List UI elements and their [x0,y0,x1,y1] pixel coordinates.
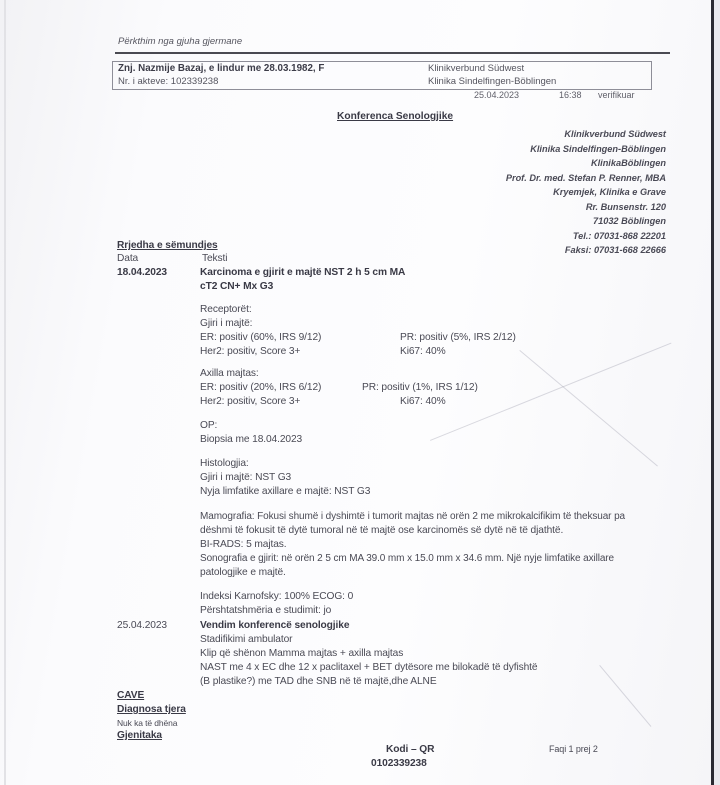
sonography-line: patologjike e majtë. [200,567,286,578]
address-line: 71032 Böblingen [506,214,666,229]
op-text: Biopsia me 18.04.2023 [200,434,302,445]
cave-heading: CAVE [117,690,144,701]
diagnosis-line: Karcinoma e gjirit e majtë NST 2 h 5 cm … [200,267,405,278]
left-breast-pr: PR: positiv (5%, IRS 2/12) [400,332,516,343]
diagnosis-staging: cT2 CN+ Mx G3 [200,281,273,292]
decision-line: NAST me 4 x EC dhe 12 x paclitaxel + BET… [200,662,537,673]
op-label: OP: [200,420,217,431]
header-rule [115,52,670,54]
report-time: 16:38 [559,90,582,100]
qr-code-label: Kodi – QR [386,744,434,755]
patient-name: Znj. Nazmije Bazaj, e lindur me 28.03.19… [118,63,324,74]
clinic-address-block: Klinikverbund Südwest Klinika Sindelfing… [506,127,666,258]
left-breast-label: Gjiri i majtë: [200,318,252,329]
qr-code-value: 0102339238 [371,758,427,769]
clinic-name: Klinika Sindelfingen-Böblingen [428,76,556,87]
other-diagnoses-heading: Diagnosa tjera [117,704,186,715]
decision-line: (B plastike?) me TAD dhe SNB në të majtë… [200,676,437,687]
address-line: Kryemjek, Klinika e Grave [506,185,666,200]
mammography-line: dëshmi të fokusit të dytë tumoral në të … [200,525,563,536]
address-line: Rr. Bunsenstr. 120 [506,200,666,215]
axilla-her2: Her2: positiv, Score 3+ [200,396,300,407]
translation-note: Përkthim nga gjuha gjermane [118,36,242,47]
birads: BI-RADS: 5 majtas. [200,539,287,550]
histology-label: Histologjia: [200,458,249,469]
axilla-label: Axilla majtas: [200,368,259,379]
other-diagnoses-text: Nuk ka të dhëna [117,718,177,728]
decision-title: Vendim konferencë senologjike [200,620,349,631]
study-suitability: Përshtatshmëria e studimit: jo [200,605,331,616]
clinic-group: Klinikverbund Südwest [428,63,524,74]
decision-line: Stadifikimi ambulator [200,634,292,645]
mammography-line: Mamografia: Fokusi shumë i dyshimtë i tu… [200,511,625,522]
address-line: Klinika Sindelfingen-Böblingen [506,142,666,157]
record-number: Nr. i akteve: 102339238 [118,76,218,87]
axilla-er: ER: positiv (20%, IRS 6/12) [200,382,321,393]
address-line: Klinikverbund Südwest [506,127,666,142]
left-breast-her2: Her2: positiv, Score 3+ [200,346,300,357]
karnofsky-index: Indeksi Karnofsky: 100% ECOG: 0 [200,591,353,602]
left-breast-ki67: Ki67: 40% [400,346,446,357]
genetics-heading: Gjenitaka [117,730,162,741]
address-line: KlinikaBöblingen [506,156,666,171]
background-strip [714,0,720,785]
histology-breast: Gjiri i majtë: NST G3 [200,472,291,483]
entry-date: 18.04.2023 [117,267,167,278]
address-fax: Faksi: 07031-668 22666 [506,243,666,258]
verification-status: verifikuar [598,90,635,100]
axilla-pr: PR: positiv (1%, IRS 1/12) [362,382,478,393]
entry-date: 25.04.2023 [117,620,167,631]
column-header-date: Data [117,253,138,264]
page-title: Konferenca Senologjike [337,111,453,122]
report-date: 25.04.2023 [474,90,519,100]
decision-line: Klip që shënon Mamma majtas + axilla maj… [200,648,403,659]
address-phone: Tel.: 07031-868 22201 [506,229,666,244]
sonography-line: Sonografia e gjirit: në orën 2 5 cm MA 3… [200,553,614,564]
section-title-history: Rrjedha e sëmundjes [117,240,218,251]
receptors-label: Receptorët: [200,304,252,315]
page-edge-shadow [4,0,6,785]
page-number: Faqi 1 prej 2 [549,744,598,754]
column-header-text: Teksti [202,253,227,264]
histology-node: Nyja limfatike axillare e majtë: NST G3 [200,486,370,497]
axilla-ki67: Ki67: 40% [400,396,446,407]
left-breast-er: ER: positiv (60%, IRS 9/12) [200,332,321,343]
address-line: Prof. Dr. med. Stefan P. Renner, MBA [506,171,666,186]
